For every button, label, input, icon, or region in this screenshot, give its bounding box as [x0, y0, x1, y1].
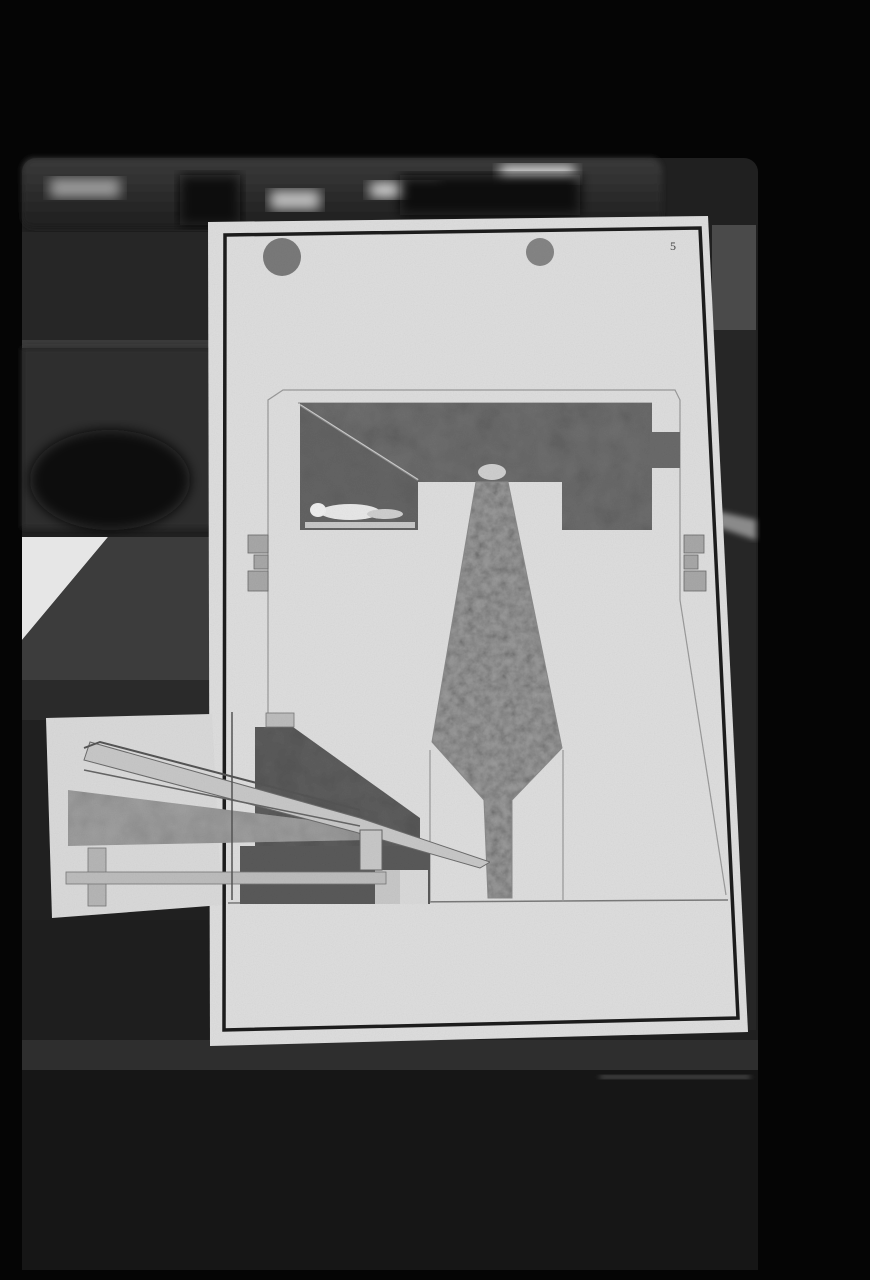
wall-slot: [650, 432, 680, 468]
photo-canvas: 5: [0, 0, 870, 1280]
roof-elevation-sheet: [46, 712, 490, 918]
small-figure: [478, 464, 506, 480]
pin-hole-right: [526, 238, 554, 266]
photograph-scene: 5: [0, 0, 870, 1280]
main-drawing-sheet: 5: [208, 216, 748, 1046]
corner-mark: 5: [670, 239, 676, 253]
pin-hole-left: [263, 238, 301, 276]
